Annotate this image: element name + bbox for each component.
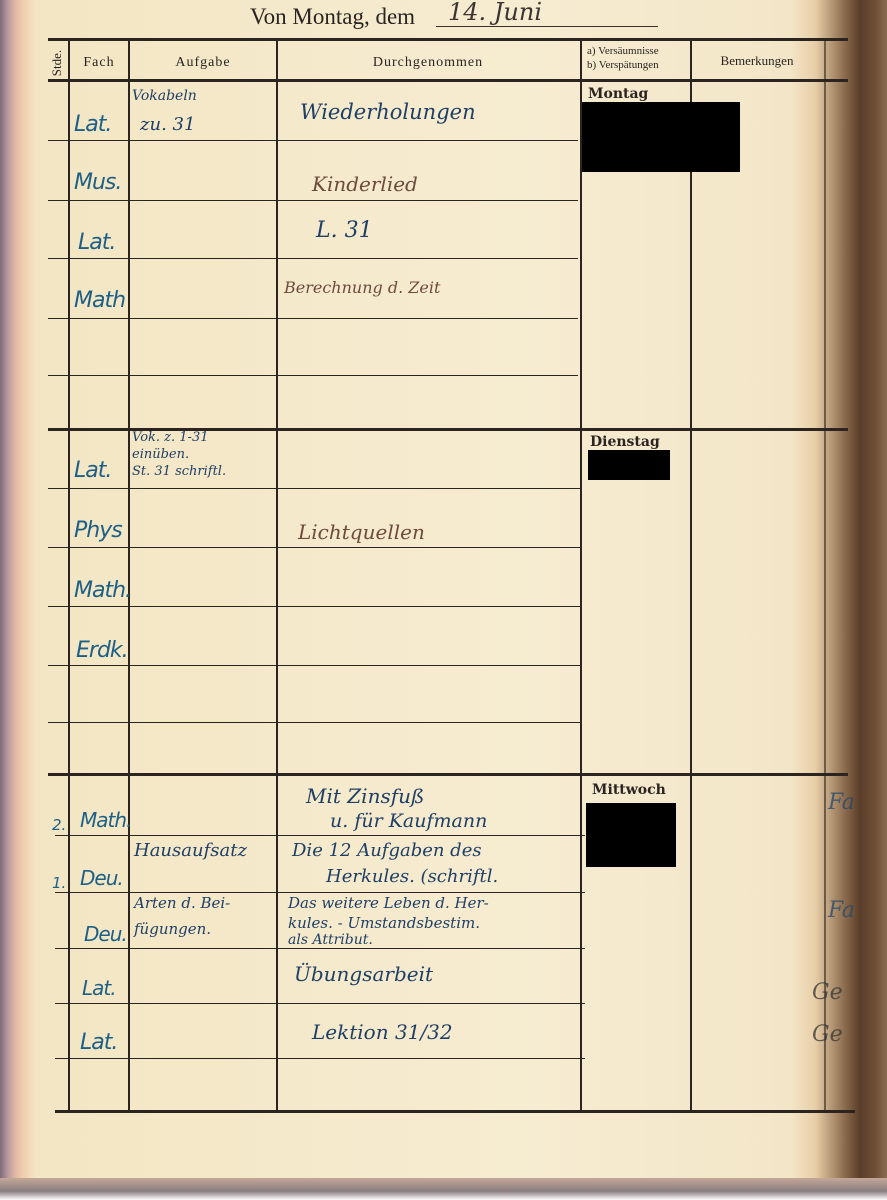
day-label-montag: Montag: [588, 86, 648, 102]
fach-entry: Math.: [80, 808, 131, 832]
row-rule: [55, 835, 585, 836]
header-durchgenommen: Durchgenommen: [278, 55, 578, 71]
durchgenommen-entry: Kinderlied: [312, 172, 418, 196]
aufgabe-entry: einüben.: [132, 447, 189, 462]
durchgenommen-entry: kules. - Umstandsbestim.: [288, 914, 480, 932]
row-rule: [48, 375, 578, 376]
header-versaeumnisse-a: a) Versäumnisse: [587, 44, 659, 58]
header-bemerkungen: Bemerkungen: [692, 53, 822, 69]
page-bottom-edge: [0, 1178, 887, 1200]
aufgabe-entry: Hausaufsatz: [134, 840, 247, 861]
row-rule: [48, 200, 578, 201]
aufgabe-entry: Vokabeln: [132, 88, 197, 104]
fach-entry: Lat.: [82, 976, 116, 1000]
fach-entry: Phys: [74, 518, 122, 543]
day-separator-2: [48, 773, 848, 776]
column-divider-versaeumnisse: [690, 40, 692, 1112]
durchgenommen-entry: Wiederholungen: [300, 100, 476, 124]
aufgabe-entry: Vok. z. 1-31: [132, 430, 208, 445]
margin-initial: Ge: [812, 980, 843, 1005]
aufgabe-entry: zu. 31: [140, 114, 195, 135]
header-bottom-rule: [48, 79, 848, 82]
header-verspaetungen-b: b) Verspätungen: [587, 58, 659, 72]
header-top-rule: [48, 38, 848, 41]
aufgabe-entry: Arten d. Bei-: [134, 894, 230, 912]
redaction-block-dienstag: [588, 450, 670, 480]
header-aufgabe: Aufgabe: [130, 55, 276, 71]
title-date-handwritten: 14. Juni: [448, 0, 542, 26]
durchgenommen-entry: L. 31: [316, 218, 373, 243]
margin-initial: Ge: [812, 1022, 843, 1047]
fach-entry: Lat.: [74, 458, 111, 483]
redaction-block-mittwoch: [586, 803, 676, 867]
row-rule: [48, 488, 580, 489]
aufgabe-entry: St. 31 schriftl.: [132, 464, 226, 479]
fach-entry: Lat.: [78, 230, 115, 255]
column-divider-durchgenommen: [580, 40, 582, 1112]
column-divider-bemerkungen: [824, 40, 826, 1112]
durchgenommen-entry: Das weitere Leben d. Her-: [288, 894, 489, 912]
table-bottom-rule: [55, 1110, 855, 1113]
row-rule: [55, 1058, 585, 1059]
fach-entry: Math.: [74, 578, 131, 603]
durchgenommen-entry: Berechnung d. Zeit: [284, 278, 440, 297]
fach-entry: Deu.: [84, 922, 127, 946]
durchgenommen-entry: als Attribut.: [288, 932, 373, 948]
row-rule: [48, 140, 578, 141]
row-rule: [48, 318, 578, 319]
title-date-line: [436, 26, 658, 27]
row-rule: [48, 258, 578, 259]
durchgenommen-entry: Herkules. (schriftl.: [326, 866, 498, 887]
durchgenommen-entry: Lichtquellen: [298, 520, 425, 544]
row-rule: [48, 722, 580, 723]
fach-entry: Math: [74, 288, 125, 313]
row-rule: [48, 665, 580, 666]
row-rule: [55, 948, 585, 949]
stunde-entry: 2.: [52, 816, 66, 834]
row-rule: [48, 606, 580, 607]
fach-entry: Deu.: [80, 866, 123, 890]
durchgenommen-entry: Mit Zinsfuß: [306, 784, 424, 808]
day-label-dienstag: Dienstag: [590, 434, 660, 450]
row-rule: [48, 547, 580, 548]
row-rule: [55, 1003, 585, 1004]
aufgabe-entry: fügungen.: [134, 920, 211, 938]
durchgenommen-entry: u. für Kaufmann: [330, 810, 487, 832]
fach-entry: Lat.: [74, 112, 111, 137]
fach-entry: Mus.: [74, 170, 121, 195]
fach-entry: Lat.: [80, 1030, 117, 1055]
stunde-entry: 1.: [52, 874, 66, 892]
margin-initial: Fa: [828, 898, 855, 923]
week-title: Von Montag, dem: [250, 4, 415, 30]
row-rule: [55, 892, 585, 893]
ledger-page: Von Montag, dem 14. Juni Stde. Fach Aufg…: [0, 0, 887, 1200]
header-versaeumnisse: a) Versäumnisse b) Verspätungen: [587, 44, 659, 72]
header-fach: Fach: [70, 55, 128, 71]
day-label-mittwoch: Mittwoch: [592, 782, 666, 798]
durchgenommen-entry: Übungsarbeit: [294, 962, 433, 986]
fach-entry: Erdk.: [76, 638, 128, 663]
redaction-block-montag: [582, 102, 740, 172]
durchgenommen-entry: Lektion 31/32: [312, 1020, 453, 1044]
margin-initial: Fa: [828, 790, 855, 815]
durchgenommen-entry: Die 12 Aufgaben des: [292, 840, 482, 861]
